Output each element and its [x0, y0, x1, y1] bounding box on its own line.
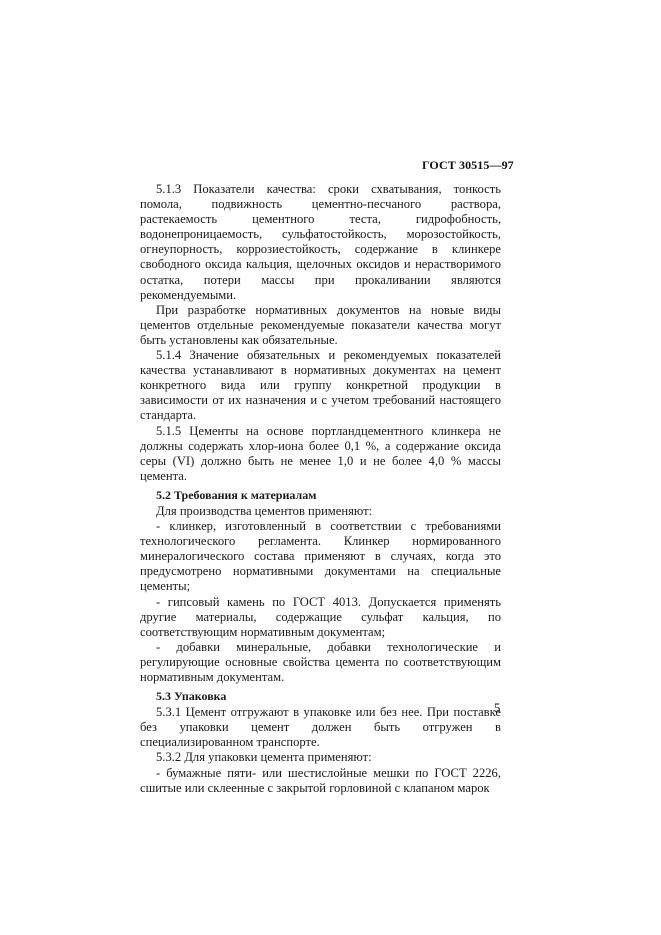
paragraph-new-cement-types: При разработке нормативных документов на…: [140, 303, 501, 348]
paragraph-5-3-1: 5.3.1 Цемент отгружают в упаковке или бе…: [140, 705, 501, 750]
list-item-clinker: - клинкер, изготовленный в соответствии …: [140, 519, 501, 594]
list-item-gypsum: - гипсовый камень по ГОСТ 4013. Допускае…: [140, 595, 501, 640]
standard-code-header: ГОСТ 30515—97: [422, 158, 514, 173]
paragraph-5-1-5: 5.1.5 Цементы на основе портландцементно…: [140, 424, 501, 484]
paragraph-5-1-4: 5.1.4 Значение обязательных и рекомендуе…: [140, 348, 501, 423]
section-heading-5-3: 5.3 Упаковка: [140, 689, 501, 704]
list-item-paper-bags: - бумажные пяти- или шестислойные мешки …: [140, 766, 501, 796]
paragraph-5-1-3: 5.1.3 Показатели качества: сроки схватыв…: [140, 182, 501, 303]
list-item-additives: - добавки минеральные, добавки технологи…: [140, 640, 501, 685]
paragraph-materials-intro: Для производства цементов применяют:: [140, 504, 501, 519]
paragraph-5-3-2: 5.3.2 Для упаковки цемента применяют:: [140, 750, 501, 765]
document-page: ГОСТ 30515—97 5.1.3 Показатели качества:…: [0, 0, 661, 935]
document-body: 5.1.3 Показатели качества: сроки схватыв…: [140, 182, 501, 796]
section-heading-5-2: 5.2 Требования к материалам: [140, 488, 501, 503]
page-number: 5: [494, 701, 500, 716]
